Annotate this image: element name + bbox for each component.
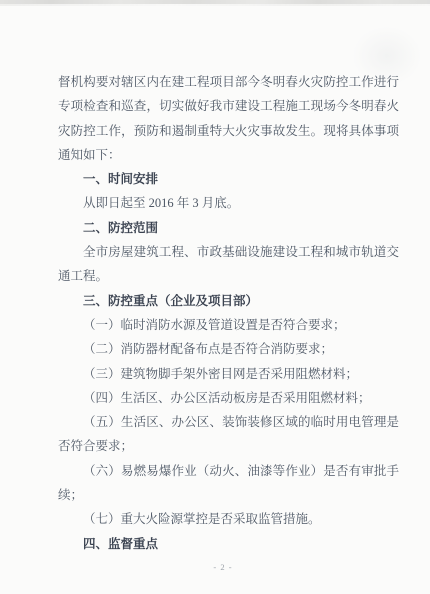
paragraph: 从即日起至 2016 年 3 月底。 [58,191,399,215]
section-heading: 四、监督重点 [58,532,399,556]
document-body: 督机构要对辖区内在建工程项目部今冬明春火灾防控工作进行专项检查和巡查，切实做好我… [58,70,399,556]
section-heading: 三、防控重点（企业及项目部） [58,289,399,313]
paragraph: （六）易燃易爆作业（动火、油漆等作业）是否有审批手续； [58,459,399,508]
paragraph: 督机构要对辖区内在建工程项目部今冬明春火灾防控工作进行专项检查和巡查，切实做好我… [58,70,399,167]
paragraph: （一）临时消防水源及管道设置是否符合要求； [58,313,399,337]
paragraph: （四）生活区、办公区活动板房是否采用阻燃材料； [58,386,399,410]
paragraph: （七）重大火险源掌控是否采取监管措施。 [58,507,399,531]
paragraph: （二）消防器材配备布点是否符合消防要求； [58,337,399,361]
section-heading: 二、防控范围 [58,216,399,240]
page-number: - 2 - [0,562,430,572]
section-heading: 一、时间安排 [58,167,399,191]
scan-edge-artifact [0,0,430,4]
paragraph: （三）建筑物脚手架外密目网是否采用阻燃材料； [58,362,399,386]
paragraph: 全市房屋建筑工程、市政基础设施建设工程和城市轨道交通工程。 [58,240,399,289]
paragraph: （五）生活区、办公区、装饰装修区域的临时用电管理是否符合要求； [58,410,399,459]
